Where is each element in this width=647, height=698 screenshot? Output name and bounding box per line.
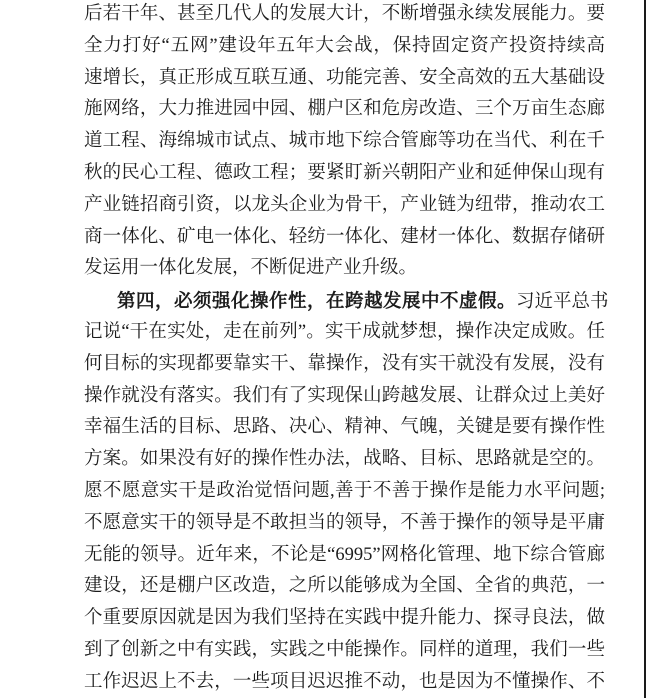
- text-line: 产业链招商引资，以龙头企业为骨干，产业链为纽带，推动农工: [84, 190, 605, 222]
- text-line: 个重要原因就是因为我们坚持在实践中提升能力、探寻良法，做: [84, 603, 605, 635]
- text-line: 操作就没有落实。我们有了实现保山跨越发展、让群众过上美好: [84, 381, 605, 413]
- text-line: 商一体化、矿电一体化、轻纺一体化、建材一体化、数据存储研: [84, 222, 605, 254]
- text-line-paragraph-start: 第四，必须强化操作性，在跨越发展中不虚假。习近平总书: [84, 285, 605, 317]
- text-line: 幸福生活的目标、思路、决心、精神、气魄，关键是要有操作性: [84, 412, 605, 444]
- text-line: 后若干年、甚至几代人的发展大计，不断增强永续发展能力。要: [84, 0, 605, 31]
- text-line: 道工程、海绵城市试点、城市地下综合管廊等功在当代、利在千: [84, 126, 605, 158]
- text-line: 秋的民心工程、德政工程；要紧盯新兴朝阳产业和延伸保山现有: [84, 158, 605, 190]
- text-line: 记说“干在实处，走在前列”。实干成就梦想，操作决定成败。任: [84, 317, 605, 349]
- text-line: 全力打好“五网”建设年五年大会战，保持固定资产投资持续高: [84, 31, 605, 63]
- document-page: 后若干年、甚至几代人的发展大计，不断增强永续发展能力。要 全力打好“五网”建设年…: [0, 0, 647, 698]
- text-line: 工作迟迟上不去，一些项目迟迟推不动，也是因为不懂操作、不: [84, 667, 605, 698]
- text-line: 不愿意实干的领导是不敢担当的领导，不善于操作的领导是平庸: [84, 508, 605, 540]
- text-line-paragraph-end: 发运用一体化发展，不断促进产业升级。: [84, 253, 605, 285]
- text-line: 何目标的实现都要靠实干、靠操作，没有实干就没有发展，没有: [84, 349, 605, 381]
- paragraph-heading-rest: 习近平总书: [516, 292, 609, 312]
- text-line: 到了创新之中有实践，实践之中能操作。同样的道理，我们一些: [84, 635, 605, 667]
- paragraph-heading-bold: 第四，必须强化操作性，在跨越发展中不虚假。: [117, 290, 516, 311]
- text-line: 建设，还是棚户区改造，之所以能够成为全国、全省的典范，一: [84, 571, 605, 603]
- text-line: 速增长，真正形成互联互通、功能完善、安全高效的五大基础设: [84, 63, 605, 95]
- text-line: 施网络，大力推进园中园、棚户区和危房改造、三个万亩生态廊: [84, 94, 605, 126]
- text-line: 愿不愿意实干是政治觉悟问题,善于不善于操作是能力水平问题;: [84, 476, 605, 508]
- text-line: 方案。如果没有好的操作性办法，战略、目标、思路就是空的。: [84, 444, 605, 476]
- body-text: 后若干年、甚至几代人的发展大计，不断增强永续发展能力。要 全力打好“五网”建设年…: [84, 0, 605, 698]
- page-right-border: [644, 0, 646, 698]
- text-line: 无能的领导。近年来，不论是“6995”网格化管理、地下综合管廊: [84, 540, 605, 572]
